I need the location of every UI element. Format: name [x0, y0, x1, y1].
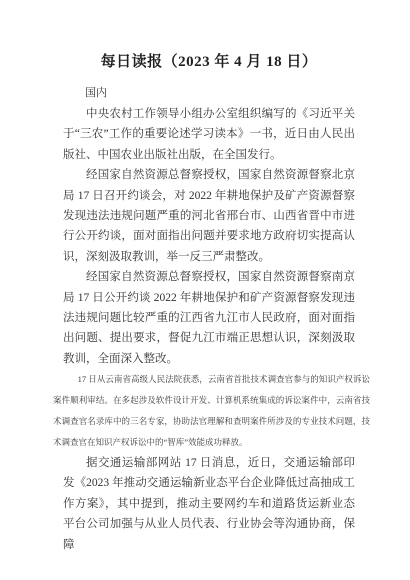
section-heading-domestic: 国内: [63, 83, 355, 103]
paragraph-book-release: 中央农村工作领导小组办公室组织编写的《习近平关于“三农”工作的重要论述学习读本》…: [63, 104, 355, 165]
paragraph-yunnan-court: 17 日从云南省高级人民法院获悉，云南省首批技术调查官参与的知识产权诉讼案件顺利…: [53, 369, 370, 453]
paragraph-beijing-inspection: 经国家自然资源总督察授权，国家自然资源督察北京局 17 日召开约谈会，对 202…: [63, 165, 355, 267]
document-page: 每日读报（2023 年 4 月 18 日） 国内 中央农村工作领导小组办公室组织…: [0, 0, 410, 580]
paragraph-transport-ministry: 据交通运输部网站 17 日消息，近日，交通运输部印发《2023 年推动交通运输新…: [63, 453, 355, 555]
paragraph-nanjing-inspection: 经国家自然资源总督察授权，国家自然资源督察南京局 17 日公开约谈 2022 年…: [63, 267, 355, 369]
document-title: 每日读报（2023 年 4 月 18 日）: [63, 50, 355, 71]
